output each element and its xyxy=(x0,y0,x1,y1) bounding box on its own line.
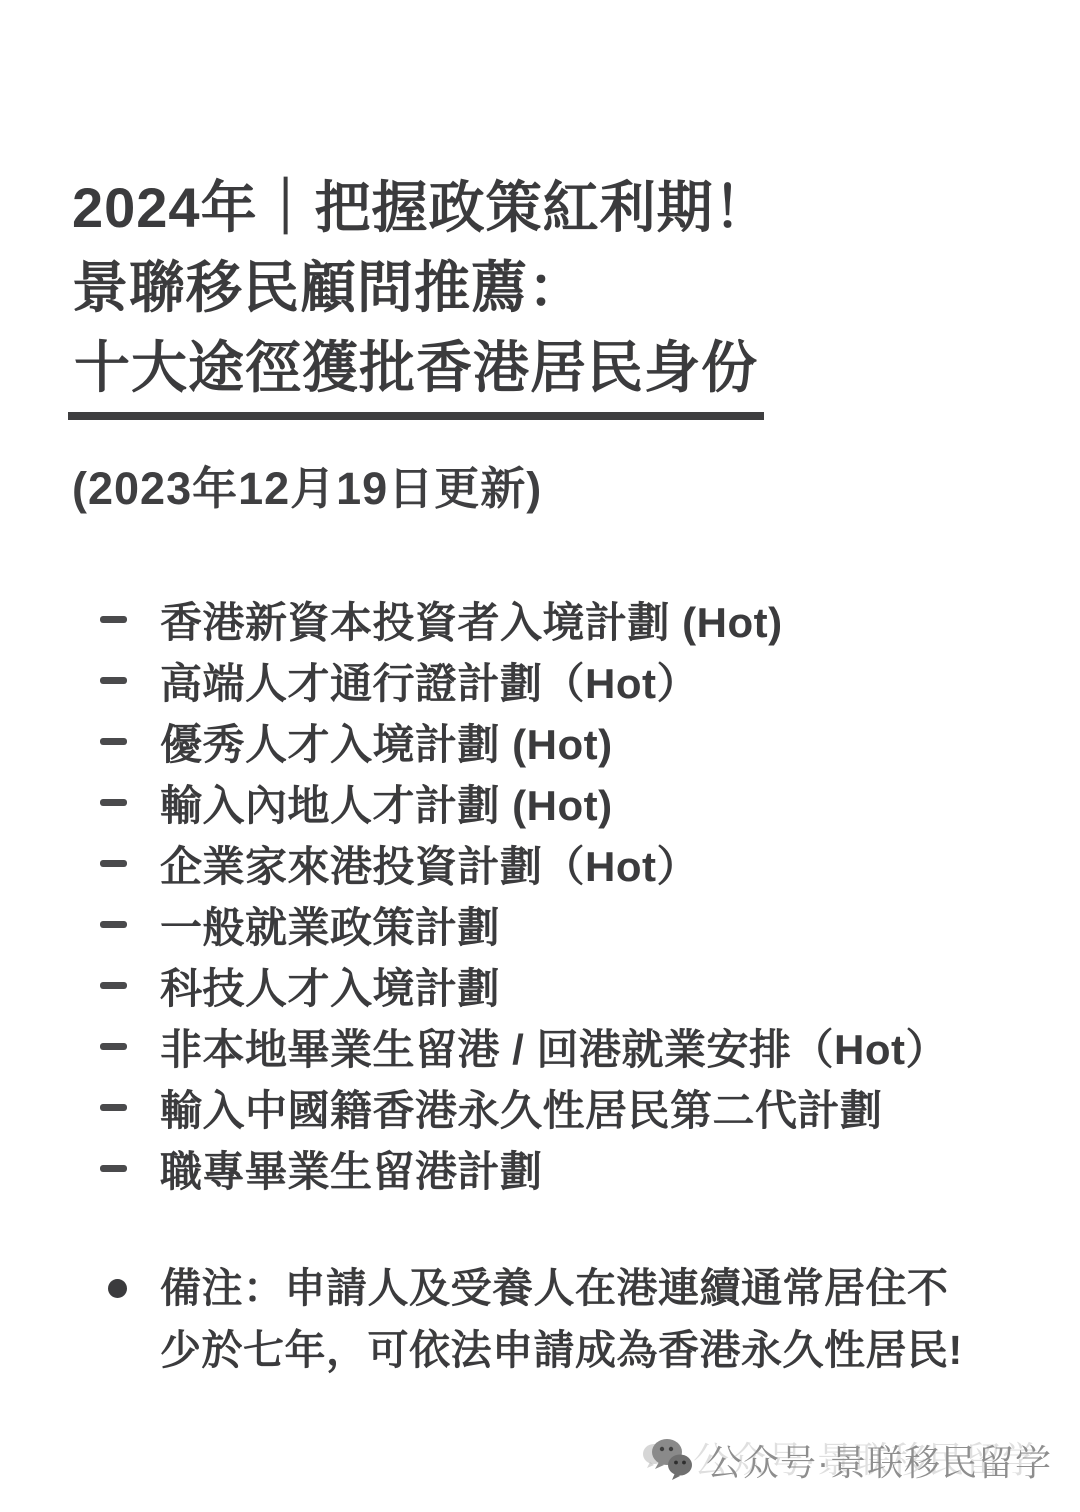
list-item-label: 優秀人才入境計劃 (Hot) xyxy=(160,712,613,772)
dash-bullet-icon xyxy=(100,1043,127,1050)
title-line-1: 2024年｜把握政策紅利期！ xyxy=(72,168,1040,248)
dash-bullet-icon xyxy=(100,677,127,684)
list-item-label: 輸入中國籍香港永久性居民第二代計劃 xyxy=(160,1078,883,1138)
dot-bullet-icon xyxy=(108,1279,127,1298)
list-item-label: 非本地畢業生留港 / 回港就業安排（Hot） xyxy=(160,1017,948,1077)
dash-bullet-icon xyxy=(100,1104,127,1111)
title-line-3: 十大途徑獲批香港居民身份 xyxy=(72,328,1040,420)
list-item: 企業家來港投資計劃（Hot） xyxy=(100,833,1040,894)
dash-bullet-icon xyxy=(100,738,127,745)
page-title: 2024年｜把握政策紅利期！ 景聯移民顧問推薦： 十大途徑獲批香港居民身份 xyxy=(72,168,1040,420)
wechat-icon xyxy=(642,1436,698,1486)
list-item: 優秀人才入境計劃 (Hot) xyxy=(100,711,1040,772)
list-item: 高端人才通行證計劃（Hot） xyxy=(100,650,1040,711)
watermark-text: 公众号·景联移民留学 xyxy=(706,1435,1052,1486)
poster-content: 2024年｜把握政策紅利期！ 景聯移民顧問推薦： 十大途徑獲批香港居民身份 (2… xyxy=(72,168,1040,1381)
list-item-label: 科技人才入境計劃 xyxy=(160,956,500,1016)
list-item-label: 高端人才通行證計劃（Hot） xyxy=(160,651,699,711)
dash-bullet-icon xyxy=(100,860,127,867)
list-item-label: 香港新資本投資者入境計劃 (Hot) xyxy=(160,590,783,650)
title-underlined-text: 十大途徑獲批香港居民身份 xyxy=(68,328,764,420)
scheme-list: 香港新資本投資者入境計劃 (Hot) 高端人才通行證計劃（Hot） 優秀人才入境… xyxy=(100,589,1040,1199)
title-line-2: 景聯移民顧問推薦： xyxy=(72,248,1040,328)
dash-bullet-icon xyxy=(100,1165,127,1172)
note-text: 備注：申請人及受養人在港連續通常居住不少於七年，可依法申請成為香港永久性居民! xyxy=(160,1257,968,1381)
dash-bullet-icon xyxy=(100,921,127,928)
list-item: 科技人才入境計劃 xyxy=(100,955,1040,1016)
list-item-label: 職專畢業生留港計劃 xyxy=(160,1139,543,1199)
dash-bullet-icon xyxy=(100,616,127,623)
watermark: 公众号·景联移民留学 xyxy=(642,1435,1052,1486)
list-item-label: 輸入內地人才計劃 (Hot) xyxy=(160,773,613,833)
note-block: 備注：申請人及受養人在港連續通常居住不少於七年，可依法申請成為香港永久性居民! xyxy=(108,1257,1040,1381)
list-item: 香港新資本投資者入境計劃 (Hot) xyxy=(100,589,1040,650)
list-item: 職專畢業生留港計劃 xyxy=(100,1138,1040,1199)
list-item: 輸入中國籍香港永久性居民第二代計劃 xyxy=(100,1077,1040,1138)
list-item-label: 一般就業政策計劃 xyxy=(160,895,500,955)
dash-bullet-icon xyxy=(100,799,127,806)
list-item: 一般就業政策計劃 xyxy=(100,894,1040,955)
list-item: 輸入內地人才計劃 (Hot) xyxy=(100,772,1040,833)
dash-bullet-icon xyxy=(100,982,127,989)
list-item: 非本地畢業生留港 / 回港就業安排（Hot） xyxy=(100,1016,1040,1077)
list-item-label: 企業家來港投資計劃（Hot） xyxy=(160,834,699,894)
update-date: (2023年12月19日更新) xyxy=(72,452,1040,517)
